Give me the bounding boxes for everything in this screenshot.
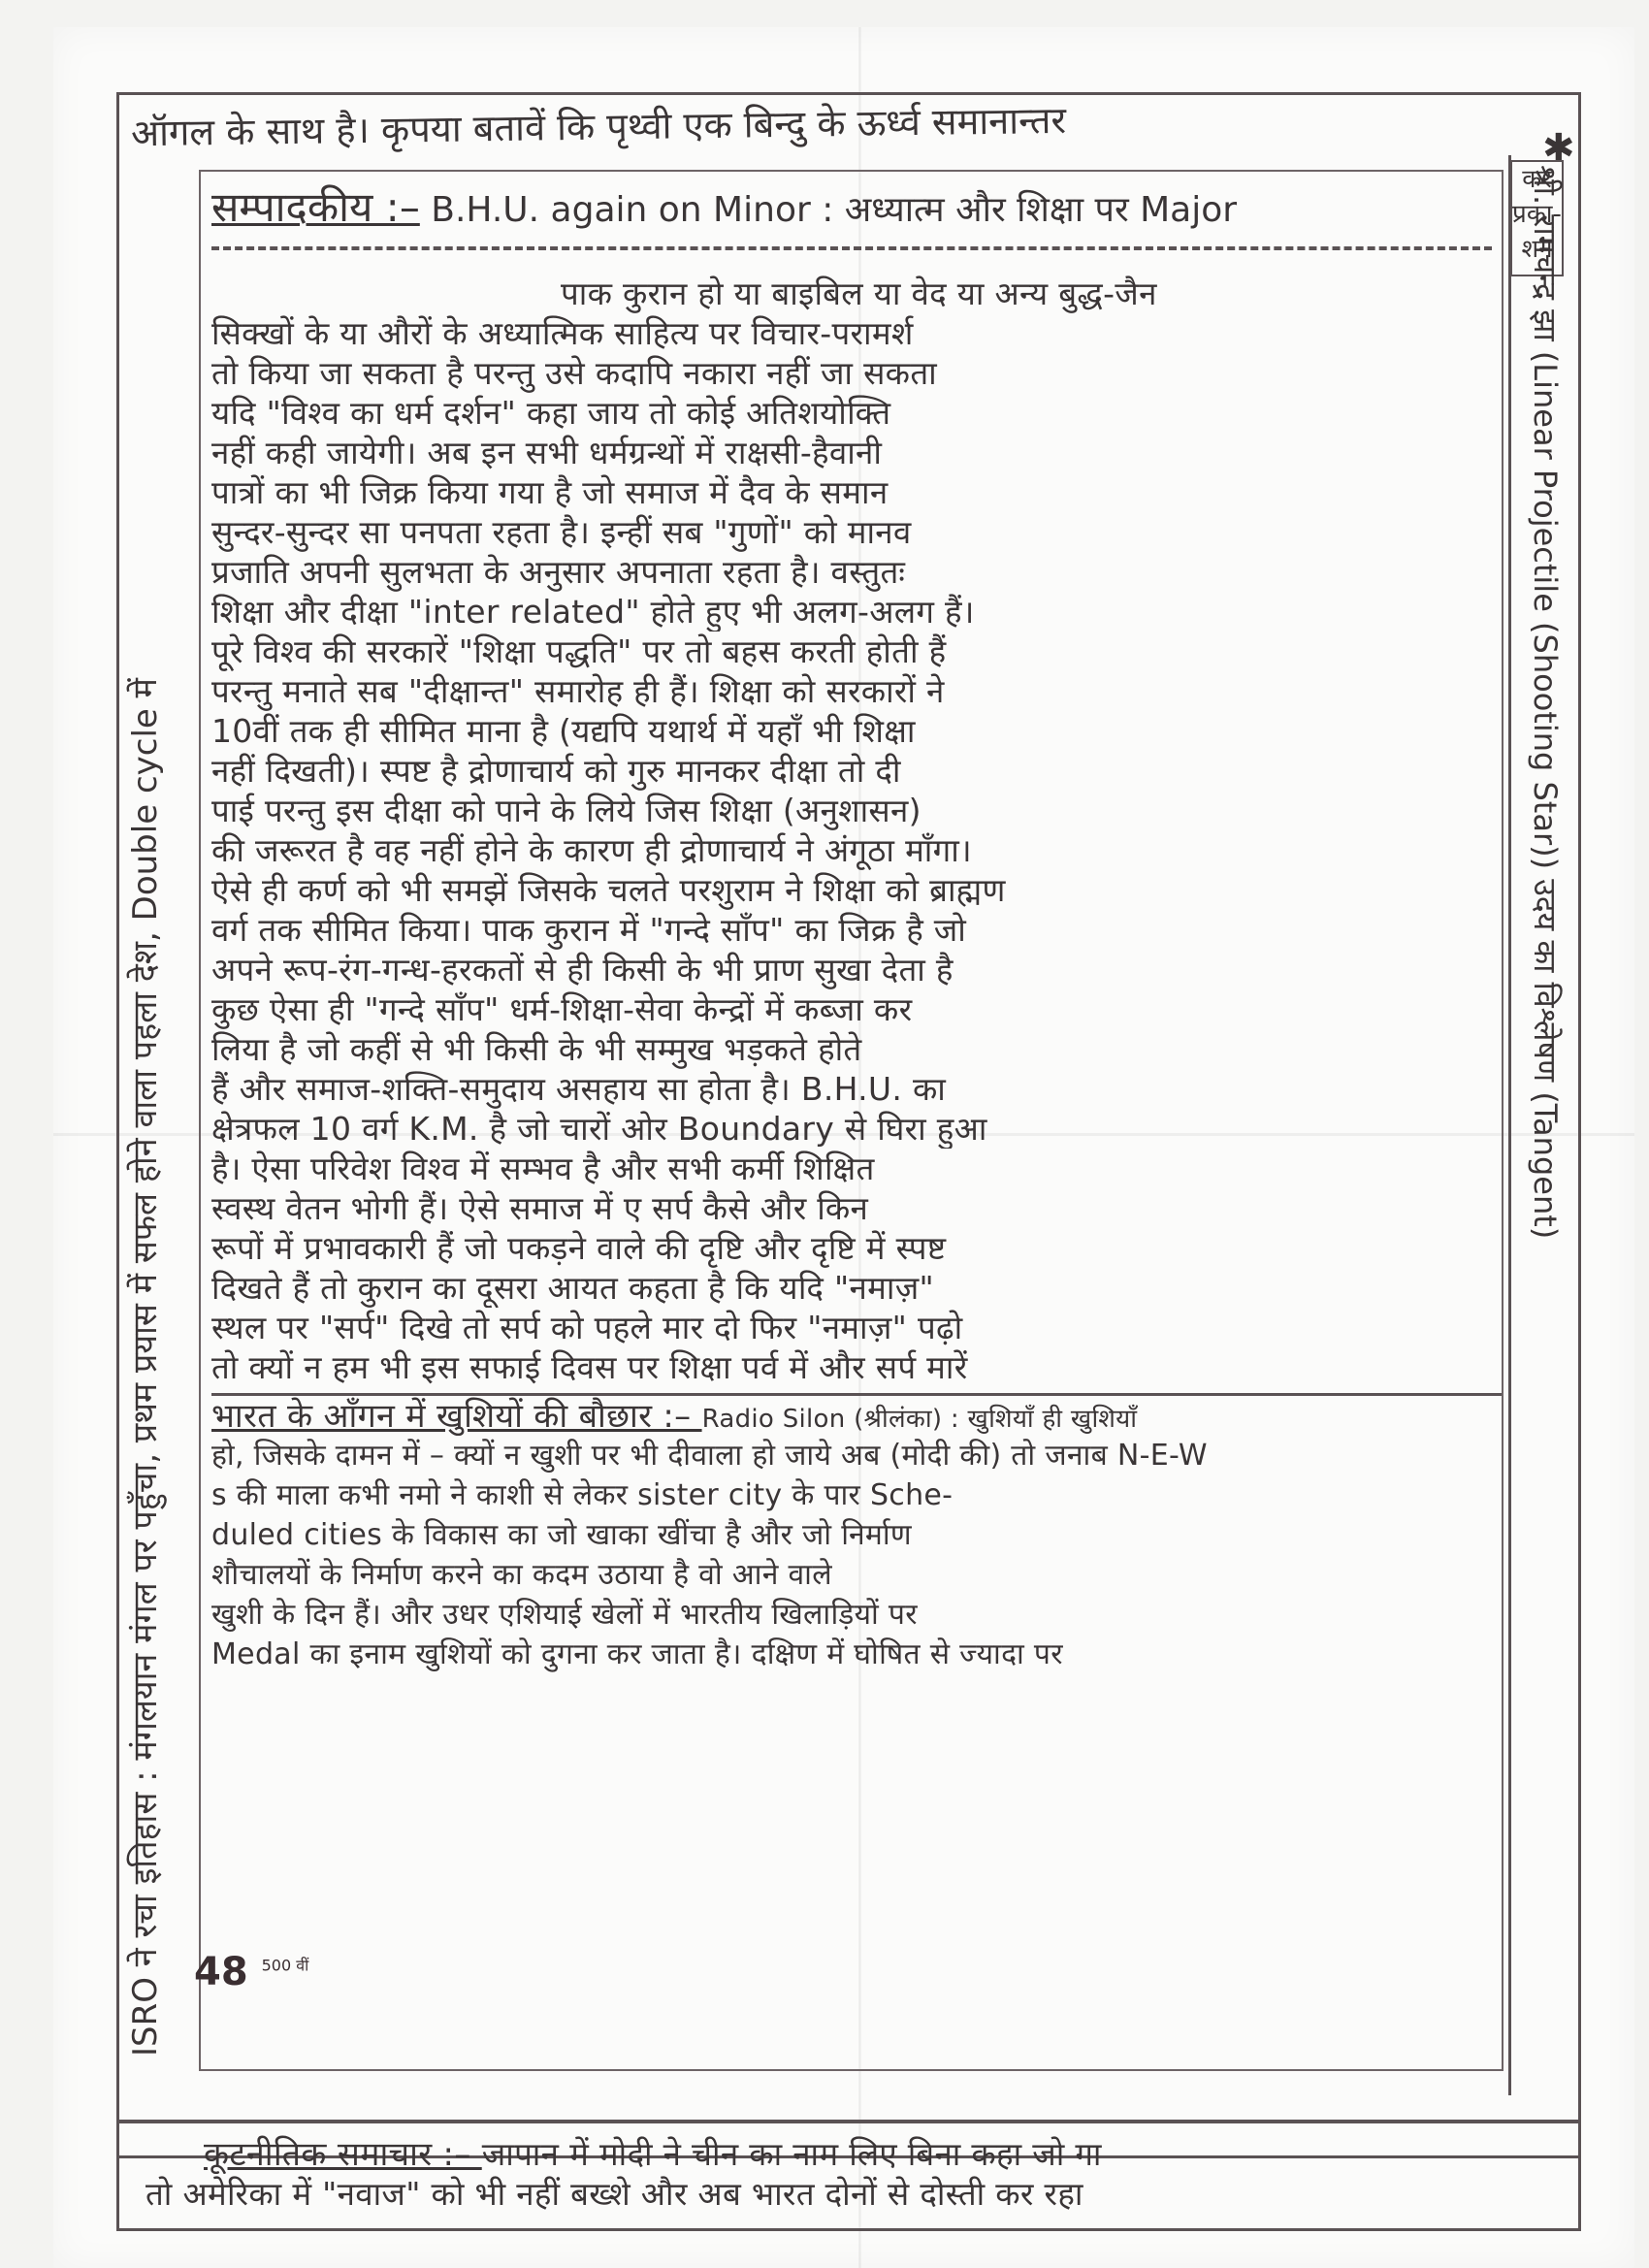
section2-line: खुशी के दिन हैं। और उधर एशियाई खेलों में… [211,1595,1502,1635]
heading-underline [211,241,1492,250]
editorial-subtitle: B.H.U. again on Minor : अध्यात्म और शिक्… [431,190,1237,230]
body-line: क्षेत्रफल 10 वर्ग K.M. है जो चारों ओर Bo… [211,1109,1502,1149]
body-line: कुछ ऐसा ही "गन्दे साँप" धर्म-शिक्षा-सेवा… [211,989,1502,1029]
body-line: सिक्खों के या औरों के अध्यात्मिक साहित्य… [211,313,1502,353]
editorial-label: सम्पादकीय :– [211,183,420,231]
page-number: 48 500 वीं [194,1950,308,1994]
body-line: रूपों में प्रभावकारी हैं जो पकड़ने वाले … [211,1228,1502,1268]
section2-title-tail: Radio Silon (श्रीलंका) : खुशियाँ ही खुशि… [702,1405,1138,1434]
body-line: यदि "विश्व का धर्म दर्शन" कहा जाय तो कोई… [211,393,1502,433]
body-line: 10वीं तक ही सीमित माना है (यद्यपि यथार्थ… [211,711,1502,751]
body-line: सुन्दर-सुन्दर सा पनपता रहता है। इन्हीं स… [211,512,1502,552]
section2-line: हो, जिसके दामन में – क्यों न खुशी पर भी … [211,1436,1502,1475]
body-line: प्रजाति अपनी सुलभता के अनुसार अपनाता रहत… [211,552,1502,592]
section2-line: duled cities के विकास का जो खाका खींचा ह… [211,1515,1502,1555]
diplomatic-news-footer: कूटनीतिक समाचार :– जापान में मोदी ने चीन… [145,2134,1571,2214]
body-line: स्वस्थ वेतन भोगी हैं। ऐसे समाज में ए सर्… [211,1188,1502,1228]
body-line: पूरे विश्व की सरकारें "शिक्षा पद्धति" पर… [211,632,1502,671]
footer-line: कूटनीतिक समाचार :– जापान में मोदी ने चीन… [145,2134,1571,2174]
body-line: है। ऐसा परिवेश विश्व में सम्भव है और सभी… [211,1149,1502,1188]
body-line: परन्तु मनाते सब "दीक्षान्त" समारोह ही है… [211,671,1502,711]
body-line: लिया है जो कहीं से भी किसी के भी सम्मुख … [211,1029,1502,1069]
body-line: पाक कुरान हो या बाइबिल या वेद या अन्य बु… [211,274,1502,313]
section2-line: Medal का इनाम खुशियों को दुगना कर जाता ह… [211,1635,1502,1674]
body-line: वर्ग तक सीमित किया। पाक कुरान में "गन्दे… [211,910,1502,950]
page-number-value: 48 [194,1950,248,1994]
body-line: ऐसे ही कर्ण को भी समझें जिसके चलते परशुर… [211,870,1502,910]
section2-heading: भारत के आँगन में खुशियों की बौछार :– Rad… [211,1396,1502,1436]
body-line: हैं और समाज-शक्ति-समुदाय असहाय सा होता ह… [211,1069,1502,1109]
editorial-heading: सम्पादकीय :– B.H.U. again on Minor : अध्… [211,184,1492,234]
body-line: पाई परन्तु इस दीक्षा को पाने के लिये जिस… [211,791,1502,830]
body-line: नहीं दिखती)। स्पष्ट है द्रोणाचार्य को गु… [211,751,1502,791]
page-number-note: 500 वीं [262,1957,309,1975]
body-line: पात्रों का भी जिक्र किया गया है जो समाज … [211,472,1502,512]
body-line: तो क्यों न हम भी इस सफाई दिवस पर शिक्षा … [211,1347,1502,1387]
footer-line: तो अमेरिका में "नवाज" को भी नहीं बख्शे औ… [145,2174,1571,2214]
section2-line: s की माला कभी नमो ने काशी से लेकर sister… [211,1475,1502,1515]
body-line: तो किया जा सकता है परन्तु उसे कदापि नकार… [211,353,1502,393]
editorial-body: पाक कुरान हो या बाइबिल या वेद या अन्य बु… [211,262,1502,1674]
section2-title: भारत के आँगन में खुशियों की बौछार :– [211,1397,702,1436]
body-line: नहीं कही जायेगी। अब इन सभी धर्मग्रन्थों … [211,433,1502,472]
body-line: की जरूरत है वह नहीं होने के कारण ही द्रो… [211,830,1502,870]
body-line: दिखते हैं तो कुरान का दूसरा आयत कहता है … [211,1268,1502,1308]
left-margin-vertical-text: ISRO ने रचा इतिहास : मंगलयान मंगल पर पहु… [121,136,166,2057]
footer-heading: कूटनीतिक समाचार :– [204,2135,482,2174]
right-margin-vertical-text: श्री. रामचन्द्र झा (Linear Projectile (S… [1525,165,1567,2057]
body-line: अपने रूप-रंग-गन्ध-हरकतों से ही किसी के भ… [211,950,1502,989]
section2-line: शौचालयों के निर्माण करने का कदम उठाया है… [211,1555,1502,1595]
body-line: स्थल पर "सर्प" दिखे तो सर्प को पहले मार … [211,1308,1502,1347]
body-line: शिक्षा और दीक्षा "inter related" होते हु… [211,592,1502,632]
